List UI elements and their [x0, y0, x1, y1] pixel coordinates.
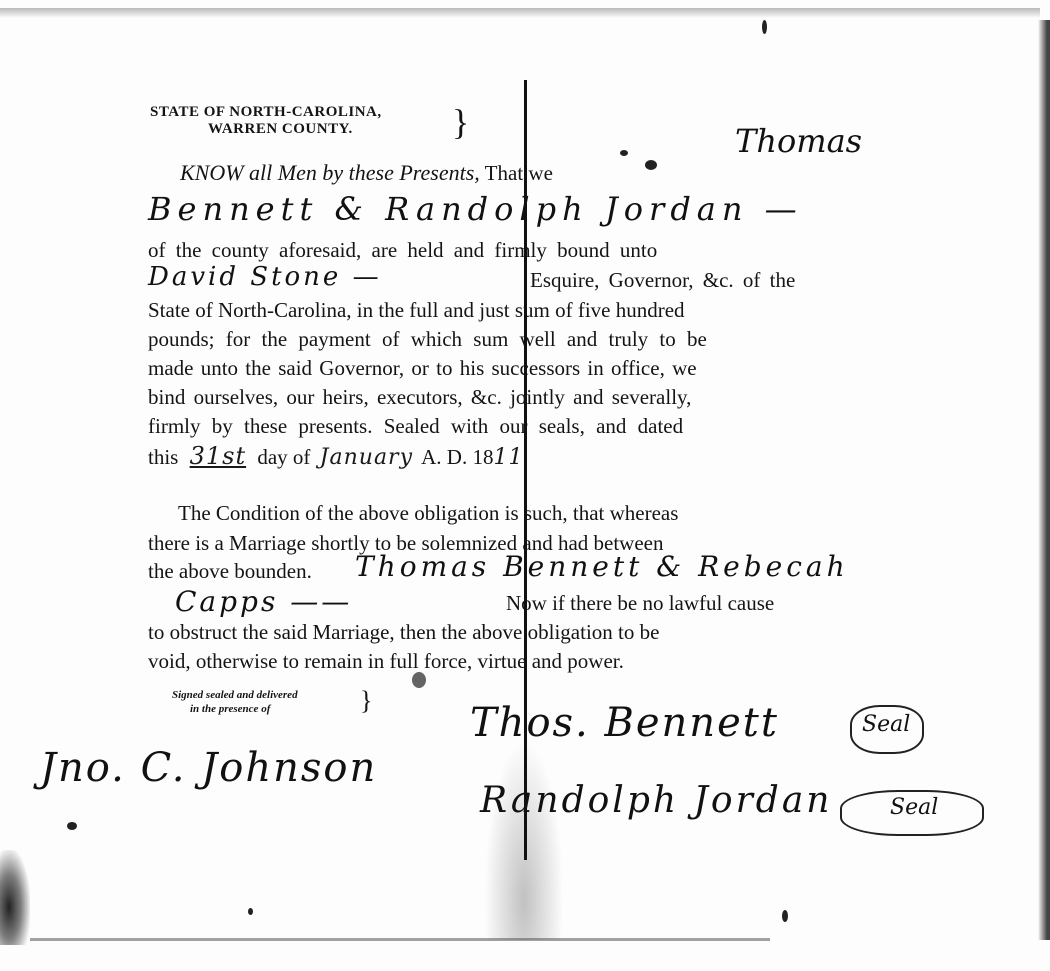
- document-page: STATE OF NORTH-CAROLINA, WARREN COUNTY. …: [0, 0, 1050, 971]
- body-line-8: bind ourselves, our heirs, executors, &c…: [148, 384, 691, 410]
- ink-speck: [645, 160, 657, 170]
- above-bounden: the above bounden: [148, 559, 307, 583]
- that-we: That we: [485, 161, 553, 185]
- document-header: STATE OF NORTH-CAROLINA, WARREN COUNTY.: [150, 104, 382, 138]
- ink-speck: [248, 908, 253, 915]
- ink-speck: [782, 910, 788, 922]
- condition-line-3: the above bounden.: [148, 558, 312, 584]
- ink-blot: [412, 672, 426, 688]
- body-line-4: Esquire, Governor, &c. of the: [530, 267, 795, 293]
- condition-line-1: The Condition of the above obligation is…: [178, 500, 678, 526]
- hand-day: 31st: [190, 442, 247, 470]
- hand-year: 11: [493, 445, 523, 470]
- condition-line-5: to obstruct the said Marriage, then the …: [148, 619, 659, 645]
- header-brace: }: [452, 104, 469, 140]
- hand-month: January: [320, 445, 413, 470]
- witness-clause: Signed sealed and delivered in the prese…: [172, 688, 298, 716]
- body-line-5: State of North-Carolina, in the full and…: [148, 297, 685, 323]
- this-word: this: [148, 445, 178, 469]
- witness-line-1: Signed sealed and delivered: [172, 688, 298, 702]
- condition-line-4: Now if there be no lawful cause: [506, 590, 774, 616]
- witness-line-2: in the presence of: [172, 702, 298, 716]
- body-line-6: pounds; for the payment of which sum wel…: [148, 326, 707, 352]
- body-line-7: made unto the said Governor, or to his s…: [148, 355, 697, 381]
- hand-capps: Capps ——: [175, 585, 352, 618]
- ink-speck: [620, 150, 628, 156]
- hand-bondsmen: Bennett & Randolph Jordan —: [148, 190, 803, 228]
- day-of: day of: [257, 445, 310, 469]
- hand-thomas: Thomas: [735, 122, 862, 160]
- know-all-men: KNOW all Men by these Presents,: [180, 160, 480, 185]
- corner-smudge: [0, 850, 30, 945]
- ink-speck: [67, 822, 77, 830]
- seal-label-1: Seal: [862, 712, 910, 737]
- body-line-9: firmly by these presents. Sealed with ou…: [148, 413, 683, 439]
- condition-line-6: void, otherwise to remain in full force,…: [148, 648, 624, 674]
- hand-governor: David Stone —: [148, 262, 382, 292]
- center-fold-line: [524, 80, 527, 860]
- right-page-edge: [1038, 20, 1050, 940]
- signature-randolph-jordan: Randolph Jordan: [480, 780, 833, 821]
- top-page-edge: [0, 8, 1040, 18]
- signature-witness: Jno. C. Johnson: [40, 745, 377, 791]
- header-state: STATE OF NORTH-CAROLINA,: [150, 104, 382, 121]
- witness-brace: }: [360, 686, 372, 716]
- body-line-10: this 31st day of January A. D. 1811: [148, 443, 523, 471]
- seal-label-2: Seal: [890, 795, 938, 820]
- ink-speck: [762, 20, 767, 34]
- header-county: WARREN COUNTY.: [150, 121, 382, 138]
- body-line-1: KNOW all Men by these Presents, That we: [180, 160, 553, 186]
- signature-thos-bennett: Thos. Bennett: [470, 700, 779, 746]
- body-line-3: of the county aforesaid, are held and fi…: [148, 237, 657, 263]
- anno-domini: A. D. 18: [421, 445, 493, 469]
- bottom-page-edge: [30, 938, 770, 941]
- hand-couple: Thomas Bennett & Rebecah: [355, 550, 849, 583]
